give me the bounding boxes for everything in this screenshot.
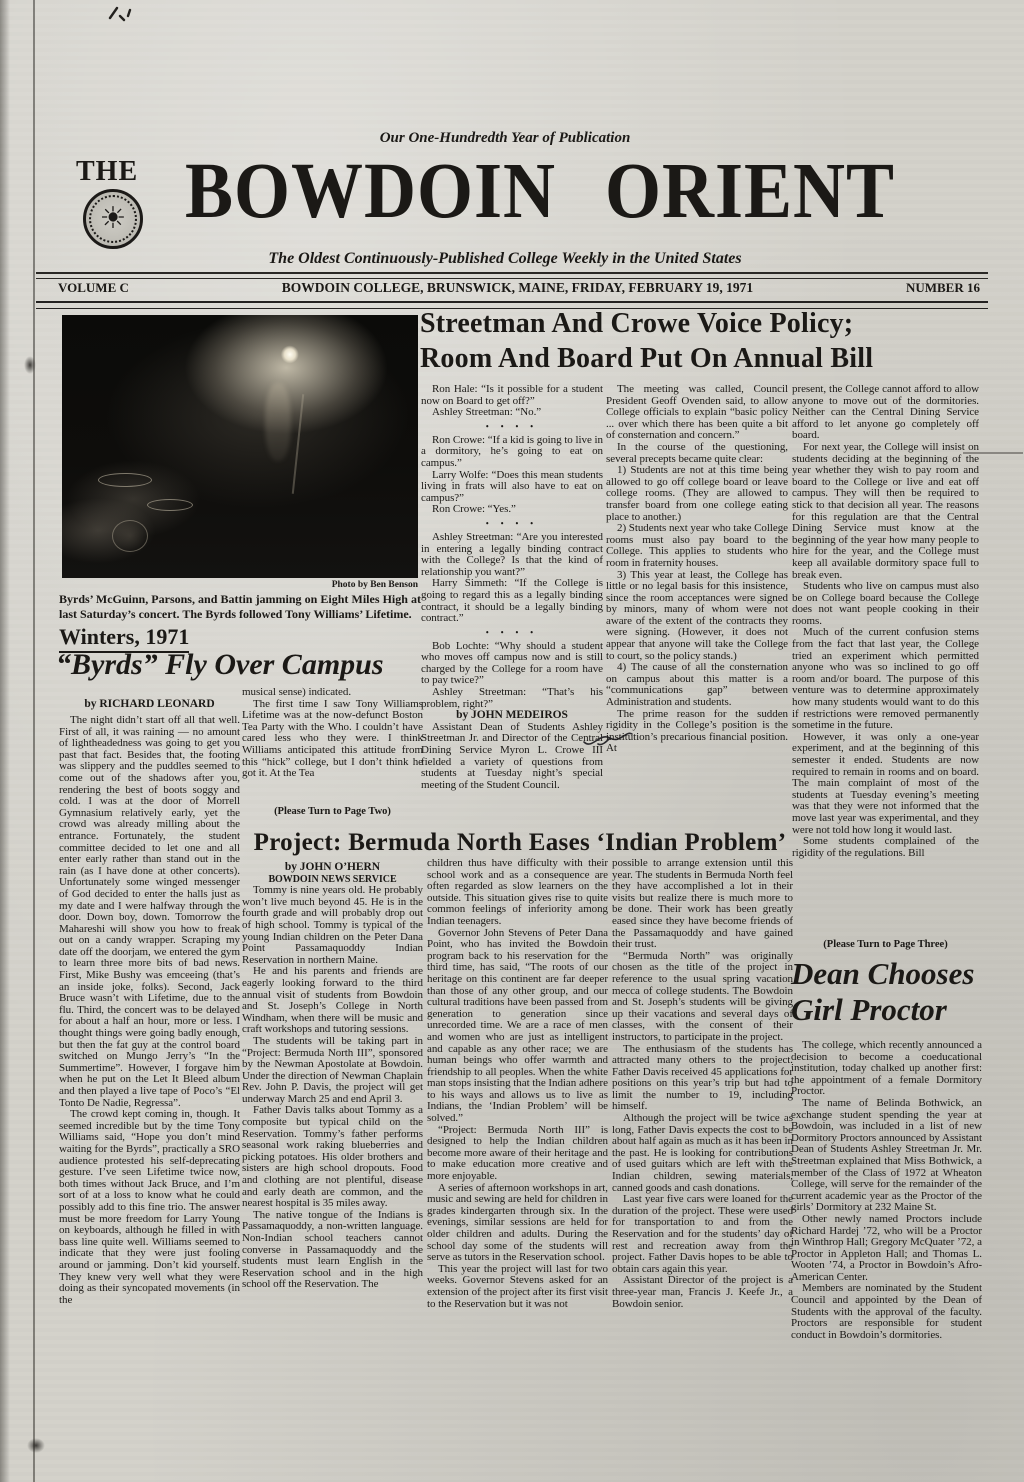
paragraph: The enthusiasm of the students has attra… (612, 1044, 793, 1114)
paragraph: • • • • (421, 628, 603, 638)
paragraph: musical sense) indicated. (242, 687, 423, 699)
drum-shape (112, 520, 148, 552)
seal-inner-ring: ☀ (89, 195, 137, 243)
paragraph: Assistant Director of the project is a t… (612, 1275, 793, 1310)
paragraph: Governor John Stevens of Peter Dana Poin… (427, 928, 608, 1125)
paragraph: However, it was only a one-year experime… (792, 732, 979, 836)
paragraph: • • • • (421, 519, 603, 529)
paragraph: The college, which recently announced a … (791, 1040, 982, 1098)
paragraph: “Bermuda North” was originally chosen as… (612, 951, 793, 1044)
paragraph: 1) Students are not at this time being a… (606, 465, 788, 523)
bermuda-column-1: by JOHN O’HERN BOWDOIN NEWS SERVICE Tomm… (242, 862, 423, 1446)
paragraph: Father Davis talks about Tommy as a comp… (242, 1105, 423, 1209)
main-story-column-3: present, the College cannot afford to al… (792, 384, 979, 936)
bermuda-column-1-text: Tommy is nine years old. He probably won… (242, 885, 423, 1291)
paragraph: Ron Crowe: “If a kid is going to live in… (421, 435, 603, 470)
paragraph: possible to arrange extension until this… (612, 858, 793, 951)
byrds-continuation: (Please Turn to Page Two) (242, 806, 423, 817)
issue-number: NUMBER 16 (906, 280, 980, 296)
paragraph: A series of afternoon workshops in art, … (427, 1183, 608, 1264)
paragraph: The students will be taking part in “Pro… (242, 1036, 423, 1106)
photo-credit: Photo by Ben Benson (240, 580, 418, 590)
main-headline-line2: Room And Board Put On Annual Bill (420, 341, 982, 376)
paragraph: For next year, the College will insist o… (792, 442, 979, 581)
paragraph: Students who live on campus must also be… (792, 581, 979, 627)
main-headline-line1: Streetman And Crowe Voice Policy; (420, 306, 982, 341)
dean-headline: Dean Chooses Girl Proctor (791, 956, 1001, 1028)
byrds-column-1: The night didn’t start off all that well… (59, 715, 240, 1415)
paragraph: The meeting was called, Council Presiden… (606, 384, 788, 442)
mic-stand-shape (292, 394, 304, 494)
byrds-byline: by RICHARD LEONARD (59, 698, 240, 710)
main-story-column-2: The meeting was called, Council Presiden… (606, 384, 788, 839)
newspaper-title: BOWDOIN ORIENT (140, 150, 940, 233)
main-story-column-1: Ron Hale: “Is it possible for a student … (421, 384, 603, 836)
main-story-lede: Assistant Dean of Students Ashley Street… (421, 722, 603, 792)
paragraph: 2) Students next year who take College r… (606, 523, 788, 569)
paragraph: Larry Wolfe: “Does this mean students li… (421, 470, 603, 505)
performer-silhouette (265, 383, 291, 461)
paragraph: The crowd kept coming in, though. It see… (59, 1109, 240, 1306)
bermuda-column-3: possible to arrange extension until this… (612, 858, 793, 1450)
bermuda-headline: Project: Bermuda North Eases ‘Indian Pro… (228, 829, 812, 857)
newspaper-front-page: Our One-Hundredth Year of Publication TH… (0, 0, 1024, 1482)
paragraph: Members are nominated by the Student Cou… (791, 1283, 982, 1341)
masthead-rule (36, 272, 988, 279)
volume-label: VOLUME C (58, 280, 129, 296)
paragraph: Although the project will be twice as lo… (612, 1113, 793, 1194)
paragraph: present, the College cannot afford to al… (792, 384, 979, 442)
bermuda-byline: by JOHN O’HERN (242, 862, 423, 874)
dateline-row: VOLUME C BOWDOIN COLLEGE, BRUNSWICK, MAI… (58, 280, 980, 296)
paragraph: In the course of the questioning, severa… (606, 442, 788, 465)
dean-story-text: The college, which recently announced a … (791, 1040, 982, 1448)
paragraph: The name of Belinda Bothwick, an exchang… (791, 1098, 982, 1214)
masthead-tagline: The Oldest Continuously-Published Colleg… (0, 250, 1010, 268)
paragraph: Last year five cars were loaned for the … (612, 1194, 793, 1275)
sun-icon: ☀ (100, 204, 127, 234)
cymbal-shape (98, 473, 152, 487)
scan-edge-shadow (0, 0, 10, 1482)
cymbal-shape (147, 499, 193, 511)
concert-photo (62, 315, 418, 578)
paragraph: Ashley Streetman: “That’s his problem, r… (421, 687, 603, 710)
paragraph: Ashley Streetman: “No.” (421, 407, 603, 419)
byrds-headline: “Byrds” Fly Over Campus (56, 648, 436, 682)
paragraph: Ron Hale: “Is it possible for a student … (421, 384, 603, 407)
paragraph: The night didn’t start off all that well… (59, 715, 240, 1109)
dateline: BOWDOIN COLLEGE, BRUNSWICK, MAINE, FRIDA… (282, 280, 753, 296)
dean-headline-line2: Girl Proctor (791, 992, 1001, 1028)
paragraph: The prime reason for the sudden rigidity… (606, 709, 788, 755)
main-story-quotes: Ron Hale: “Is it possible for a student … (421, 384, 603, 710)
paragraph: “Project: Bermuda North III” is designed… (427, 1125, 608, 1183)
paragraph: The native tongue of the Indians is Pass… (242, 1210, 423, 1291)
paragraph: Harry Simmeth: “If the College is going … (421, 578, 603, 624)
paragraph: Ashley Streetman: “Are you interested in… (421, 532, 603, 578)
paragraph: Ron Crowe: “Yes.” (421, 504, 603, 516)
scan-fold-line (33, 0, 35, 1482)
main-headline: Streetman And Crowe Voice Policy; Room A… (420, 306, 982, 376)
paragraph: children thus have difficulty with their… (427, 858, 608, 928)
paragraph: This year the project will last for two … (427, 1264, 608, 1310)
byrds-column-2: musical sense) indicated.The first time … (242, 687, 423, 803)
paragraph: Bob Lochte: “Why should a student who mo… (421, 641, 603, 687)
main-story-continuation: (Please Turn to Page Three) (792, 939, 979, 950)
scan-smudge (27, 1438, 45, 1453)
dean-headline-line1: Dean Chooses (791, 956, 1001, 992)
paragraph: Some students complained of the rigidity… (792, 836, 979, 859)
paragraph: Tommy is nine years old. He probably won… (242, 885, 423, 966)
bermuda-column-2: children thus have difficulty with their… (427, 858, 608, 1448)
paragraph: He and his parents and friends are eager… (242, 966, 423, 1036)
paragraph: The first time I saw Tony Williams Lifet… (242, 699, 423, 780)
masthead-the: THE (76, 156, 138, 188)
photo-caption: Byrds’ McGuinn, Parsons, and Battin jamm… (59, 592, 421, 621)
pen-mark (104, 2, 144, 26)
paragraph: Much of the current confusion stems from… (792, 627, 979, 731)
paragraph: 4) The cause of all the consternation on… (606, 662, 788, 708)
scan-smudge (24, 356, 36, 374)
orient-seal-logo: ☀ (83, 189, 143, 249)
paragraph: • • • • (421, 422, 603, 432)
paragraph: 3) This year at least, the College has l… (606, 570, 788, 663)
publication-note: Our One-Hundredth Year of Publication (0, 130, 1010, 147)
paragraph: Other newly named Proctors include Richa… (791, 1214, 982, 1284)
